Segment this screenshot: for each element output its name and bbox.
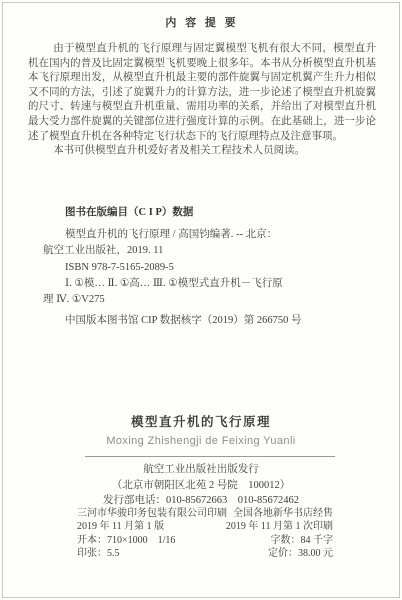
cip-publisher-line: 航空工业出版社，2019. 11	[43, 243, 339, 259]
book-title-pinyin: Moxing Zhishengji de Feixing Yuanli	[0, 434, 402, 448]
book-copyright-page: 内 容 提 要 由于模型直升机的飞行原理与固定翼模型飞机有很大不同，模型直升机在…	[0, 0, 402, 600]
price: 定价：38.00 元	[268, 547, 333, 560]
print-details: 三河市华骏印务包装有限公司印刷 全国各地新华书店经售 2019 年 11 月第 …	[77, 507, 333, 561]
divider-rule	[85, 456, 335, 457]
printer-name: 三河市华骏印务包装有限公司印刷	[77, 507, 227, 520]
cip-classification-line-1: Ⅰ. ①模… Ⅱ. ①高… Ⅲ. ①模型式直升机－飞行原	[43, 276, 339, 292]
format-size: 开本：710×1000 1/16	[77, 534, 175, 547]
distributor-name: 全国各地新华书店经售	[233, 507, 333, 520]
summary-heading: 内 容 提 要	[28, 14, 376, 30]
colophon-row: 印张：5.5 定价：38.00 元	[77, 547, 333, 560]
summary-paragraph-1: 由于模型直升机的飞行原理与固定翼模型飞机有很大不同，模型直升机在国内的普及比固定…	[28, 42, 376, 144]
cip-classification-line-2: 理 Ⅳ. ①V275	[43, 292, 339, 308]
summary-section: 内 容 提 要 由于模型直升机的飞行原理与固定翼模型飞机有很大不同，模型直升机在…	[28, 14, 376, 159]
colophon-row: 三河市华骏印务包装有限公司印刷 全国各地新华书店经售	[77, 507, 333, 520]
printing-date: 2019 年 11 月第 1 次印刷	[226, 520, 333, 533]
colophon-row: 2019 年 11 月第 1 版 2019 年 11 月第 1 次印刷	[77, 520, 333, 533]
cip-record-number-line: 中国版本图书馆 CIP 数据核字（2019）第 266750 号	[43, 313, 339, 329]
publisher-address-line: （北京市朝阳区北苑 2 号院 100012）	[0, 478, 402, 494]
colophon-row: 开本：710×1000 1/16 字数：84 千字	[77, 534, 333, 547]
colophon-section: 航空工业出版社出版发行 （北京市朝阳区北苑 2 号院 100012） 发行部电话…	[0, 462, 402, 509]
cip-isbn-line: ISBN 978-7-5165-2089-5	[43, 260, 339, 276]
publisher-line: 航空工业出版社出版发行	[0, 462, 402, 478]
summary-paragraph-2: 本书可供模型直升机爱好者及相关工程技术人员阅读。	[28, 144, 376, 159]
cip-heading: 图书在版编目（C I P）数据	[43, 205, 339, 221]
book-title: 模型直升机的飞行原理	[0, 414, 402, 430]
edition-date: 2019 年 11 月第 1 版	[77, 520, 164, 533]
cip-title-author-line: 模型直升机的飞行原理 / 高国钧编著. -- 北京：	[43, 227, 339, 243]
cip-section: 图书在版编目（C I P）数据 模型直升机的飞行原理 / 高国钧编著. -- 北…	[43, 205, 339, 329]
title-section: 模型直升机的飞行原理 Moxing Zhishengji de Feixing …	[0, 414, 402, 448]
sheet-count: 印张：5.5	[77, 547, 120, 560]
word-count: 字数：84 千字	[271, 534, 334, 547]
